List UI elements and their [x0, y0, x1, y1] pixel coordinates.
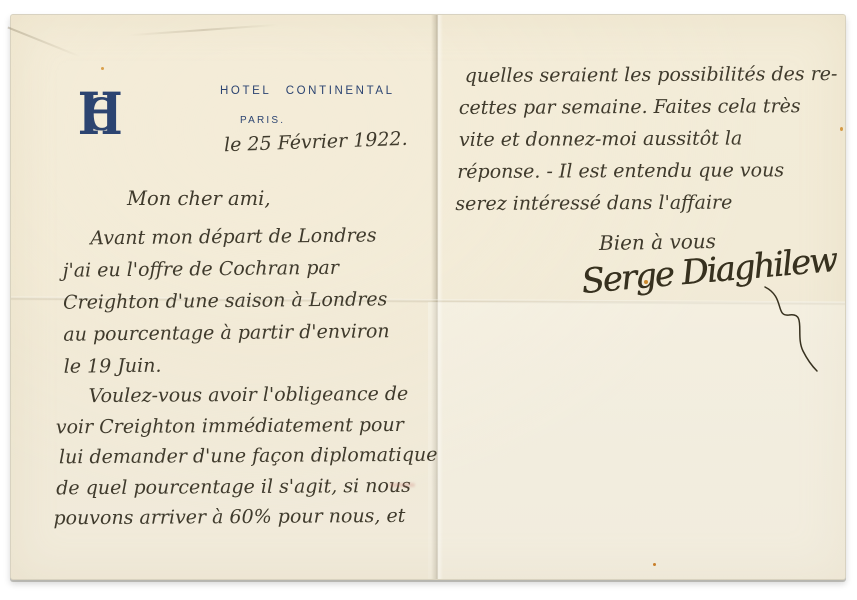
handwritten-line: vite et donnez-moi aussitôt la: [459, 122, 838, 156]
paragraph-1: Avant mon départ de Londres j'ai eu l'of…: [60, 219, 390, 382]
fold-light-tint: [428, 302, 845, 579]
foxing-speck: [840, 127, 843, 131]
handwritten-line: voir Creighton immédiatement pour: [56, 409, 438, 442]
letterhead-city: PARIS.: [240, 115, 285, 126]
monogram-letter-c: C: [84, 94, 116, 138]
letter-paper: H C HOTEL CONTINENTAL PARIS. le 25 Févri…: [10, 14, 846, 580]
date-line: le 25 Février 1922.: [224, 128, 408, 156]
signature-flourish-icon: [759, 283, 823, 375]
handwritten-line: de quel pourcentage il s'agit, si nous: [56, 470, 438, 503]
handwritten-line: au pourcentage à partir d'environ: [63, 315, 390, 350]
corner-crease: [7, 26, 80, 57]
paragraph-2: Voulez-vous avoir l'obligeance de voir C…: [50, 379, 437, 534]
foxing-speck: [101, 67, 104, 70]
paragraph-3: quelles seraient les possibilités des re…: [457, 58, 839, 220]
foxing-speck: [653, 563, 656, 566]
top-edge-crease: [129, 24, 279, 36]
handwritten-line: Avant mon départ de Londres: [90, 219, 389, 254]
handwritten-line: réponse. - Il est entendu que vous: [457, 154, 838, 188]
handwritten-line: cettes par semaine. Faites cela très: [459, 90, 838, 124]
handwritten-line: le 19 Juin.: [64, 347, 391, 382]
handwritten-line: serez intéressé dans l'affaire: [455, 186, 838, 220]
handwritten-line: Creighton d'une saison à Londres: [63, 283, 390, 318]
salutation: Mon cher ami,: [127, 187, 271, 210]
handwritten-line: pouvons arriver à 60% pour nous, et: [53, 501, 438, 534]
hotel-monogram-icon: H C: [69, 85, 135, 157]
letterhead-hotel-name: HOTEL CONTINENTAL: [220, 85, 395, 97]
handwritten-line: lui demander d'une façon diplomatique: [59, 440, 438, 473]
handwritten-line: quelles seraient les possibilités des re…: [465, 58, 838, 92]
handwritten-line: j'ai eu l'offre de Cochran par: [63, 251, 390, 286]
scan-background: H C HOTEL CONTINENTAL PARIS. le 25 Févri…: [0, 0, 857, 600]
handwritten-line: Voulez-vous avoir l'obligeance de: [88, 379, 437, 412]
